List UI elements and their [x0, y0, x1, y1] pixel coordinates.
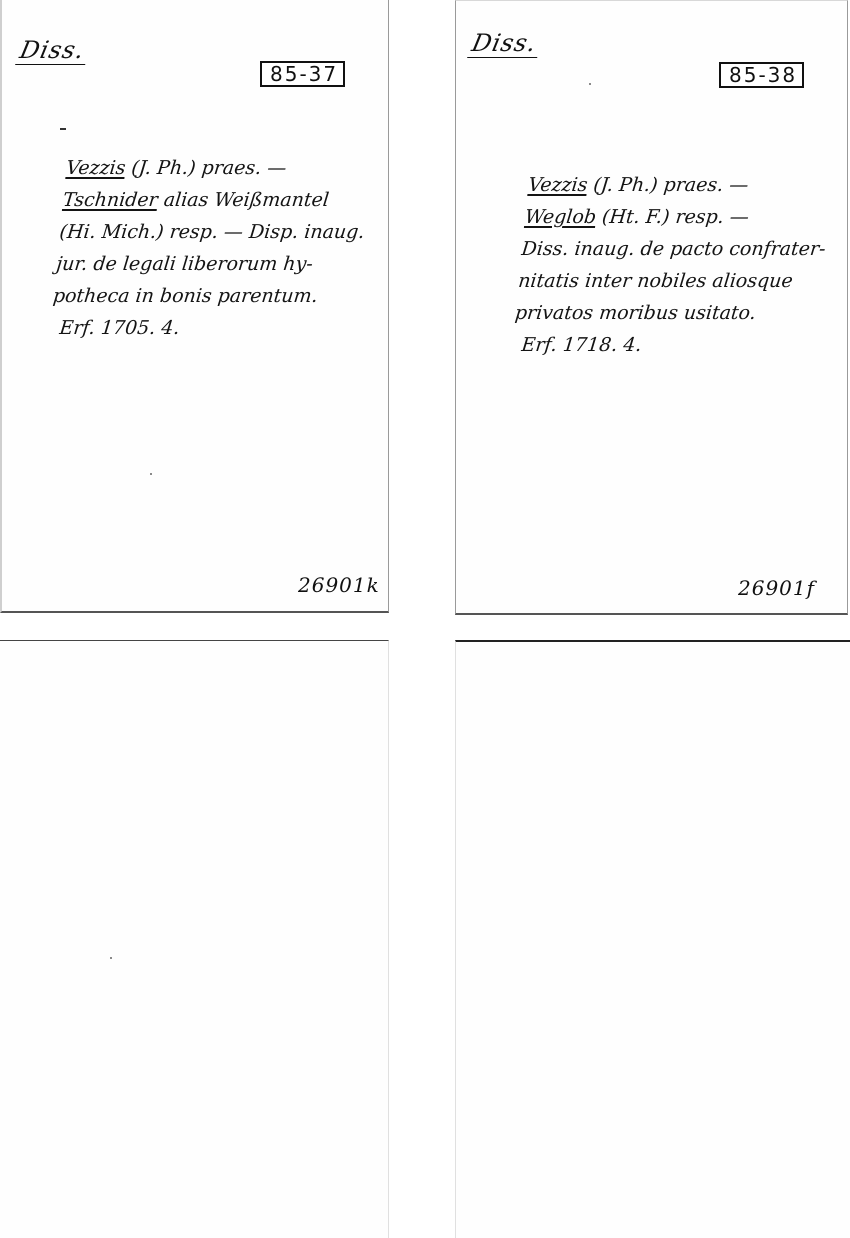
accession-number: 26901f — [738, 576, 815, 600]
catalog-mark: Diss. — [15, 38, 91, 65]
entry-text: (J. Ph.) praes. — — [124, 157, 287, 179]
speck — [150, 473, 152, 475]
entry-line: Vezzis (J. Ph.) praes. — — [65, 152, 373, 184]
entry-line: Erf. 1718. 4. — [510, 329, 817, 361]
entry-line: Vezzis (J. Ph.) praes. — — [527, 169, 834, 201]
catalog-card-right: Diss. 85-38 Vezzis (J. Ph.) praes. — Weg… — [455, 0, 848, 615]
entry-text: (Hi. Mich.) resp. — Disp. inaug. — [59, 221, 366, 243]
entry-text: (J. Ph.) praes. — — [586, 174, 749, 196]
catalog-card-left: Diss. 85-37 Vezzis (J. Ph.) praes. — Tsc… — [0, 0, 389, 613]
entry-line: privatos moribus usitato. — [513, 297, 820, 329]
blank-card-right — [455, 640, 850, 1238]
entry-text: potheca in bonis parentum. — [52, 285, 319, 307]
shelf-number: 85-38 — [719, 62, 804, 88]
speck — [110, 957, 112, 959]
entry-text: (Ht. F.) resp. — — [595, 206, 750, 228]
author-name: Vezzis — [527, 174, 588, 196]
respondent-name: Weglob — [524, 206, 597, 228]
entry-line: (Hi. Mich.) resp. — Disp. inaug. — [58, 216, 366, 248]
entry-line: Diss. inaug. de pacto confrater- — [520, 233, 827, 265]
entry-text: jur. de legali liberorum hy- — [55, 253, 314, 275]
entry-line: Tschnider alias Weißmantel — [61, 184, 369, 216]
imprint: Erf. 1718. 4. — [520, 334, 642, 356]
entry-line: Erf. 1705. 4. — [48, 312, 356, 344]
entry-line: nitatis inter nobiles aliosque — [517, 265, 824, 297]
catalog-entry: Vezzis (J. Ph.) praes. — Tschnider alias… — [48, 152, 373, 344]
shelf-number: 85-37 — [260, 61, 345, 87]
entry-text: Diss. inaug. de pacto confrater- — [521, 238, 827, 260]
speck — [589, 83, 591, 85]
accession-number: 26901k — [298, 573, 380, 597]
entry-line: jur. de legali liberorum hy- — [55, 248, 363, 280]
entry-text: alias Weißmantel — [157, 189, 330, 211]
author-name: Vezzis — [65, 157, 126, 179]
catalog-entry: Vezzis (J. Ph.) praes. — Weglob (Ht. F.)… — [510, 169, 834, 361]
entry-text: nitatis inter nobiles aliosque — [517, 270, 794, 292]
imprint: Erf. 1705. 4. — [58, 317, 180, 339]
respondent-name: Tschnider — [62, 189, 159, 211]
entry-line: Weglob (Ht. F.) resp. — — [523, 201, 830, 233]
entry-line: potheca in bonis parentum. — [51, 280, 359, 312]
pencil-mark — [60, 128, 66, 130]
blank-card-left — [0, 640, 389, 1238]
entry-text: privatos moribus usitato. — [514, 302, 757, 324]
catalog-mark: Diss. — [467, 31, 543, 58]
